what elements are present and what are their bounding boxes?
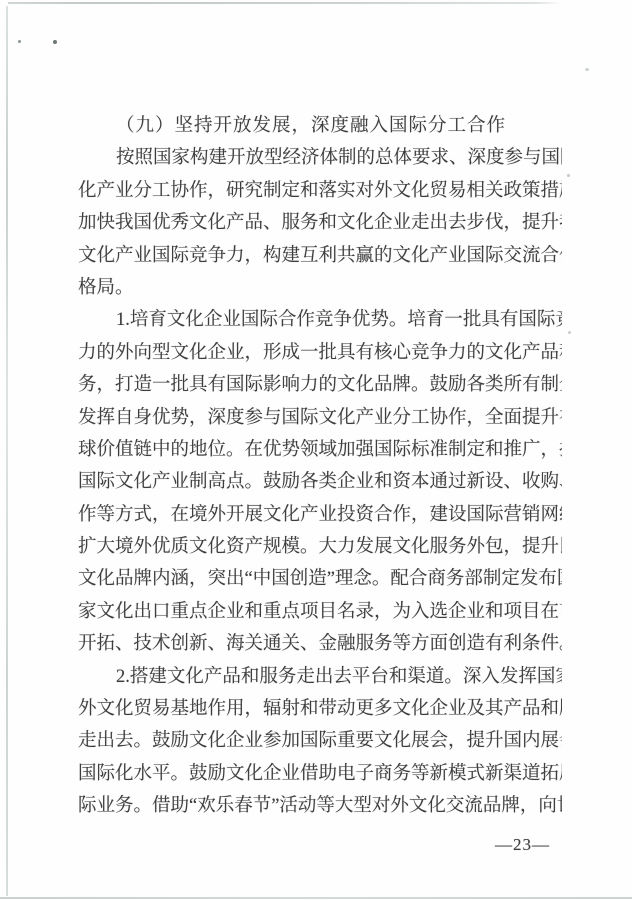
text-line: 球价值链中的地位。在优势领域加强国际标准制定和推广，抢占 [78,434,562,466]
text-line: 外文化贸易基地作用，辐射和带动更多文化企业及其产品和服务 [78,693,562,725]
scan-speck [18,40,21,43]
paragraph: 1.培育文化企业国际合作竞争优势。培育一批具有国际竞争力的外向型文化企业，形成一… [78,304,562,660]
scanned-page: （九）坚持开放发展，深度融入国际分工合作 按照国家构建开放型经济体制的总体要求、… [0,0,632,900]
text-line: 国际化水平。鼓励文化企业借助电子商务等新模式新渠道拓展国 [78,758,562,790]
text-line: 2.搭建文化产品和服务走出去平台和渠道。深入发挥国家对 [78,661,562,693]
scan-speck [585,68,589,71]
text-line: 加快我国优秀文化产品、服务和文化企业走出去步伐，提升我国 [78,207,562,239]
text-line: 际业务。借助“欢乐春节”活动等大型对外文化交流品牌，向世 [78,790,562,822]
text-line: 作等方式，在境外开展文化产业投资合作，建设国际营销网络、 [78,499,562,531]
page-number: —23— [78,830,562,860]
text-line: 开拓、技术创新、海关通关、金融服务等方面创造有利条件。 [78,628,562,660]
text-line: 文化品牌内涵，突出“中国创造”理念。配合商务部制定发布国 [78,563,562,595]
text-line: 格局。 [78,272,562,304]
paragraph: 按照国家构建开放型经济体制的总体要求、深度参与国际文化产业分工协作，研究制定和落… [78,142,562,304]
paragraphs-container: 按照国家构建开放型经济体制的总体要求、深度参与国际文化产业分工协作，研究制定和落… [78,142,562,822]
paragraph: 2.搭建文化产品和服务走出去平台和渠道。深入发挥国家对外文化贸易基地作用，辐射和… [78,661,562,823]
text-line: 扩大境外优质文化资产规模。大力发展文化服务外包，提升民族 [78,531,562,563]
section-heading: （九）坚持开放发展，深度融入国际分工合作 [78,110,562,142]
text-line: 家文化出口重点企业和重点项目名录，为入选企业和项目在市场 [78,596,562,628]
text-line: 走出去。鼓励文化企业参加国际重要文化展会，提升国内展会的 [78,725,562,757]
text-line: 发挥自身优势，深度参与国际文化产业分工协作，全面提升在全 [78,402,562,434]
scan-speck [567,174,570,177]
text-line: 务，打造一批具有国际影响力的文化品牌。鼓励各类所有制企业 [78,369,562,401]
text-line: 化产业分工协作，研究制定和落实对外文化贸易相关政策措施， [78,175,562,207]
scan-edge-top [8,2,562,4]
text-line: 按照国家构建开放型经济体制的总体要求、深度参与国际文 [78,142,562,174]
document-body: （九）坚持开放发展，深度融入国际分工合作 按照国家构建开放型经济体制的总体要求、… [78,110,562,860]
text-line: 力的外向型文化企业，形成一批具有核心竞争力的文化产品和服 [78,337,562,369]
text-line: 国际文化产业制高点。鼓励各类企业和资本通过新设、收购、合 [78,466,562,498]
scan-speck [53,40,57,44]
text-line: 1.培育文化企业国际合作竞争优势。培育一批具有国际竞争 [78,304,562,336]
text-line: 文化产业国际竞争力，构建互利共赢的文化产业国际交流合作新 [78,240,562,272]
scan-edge-left [6,6,8,896]
scan-speck [568,331,571,334]
scan-edge-bottom [0,897,632,899]
